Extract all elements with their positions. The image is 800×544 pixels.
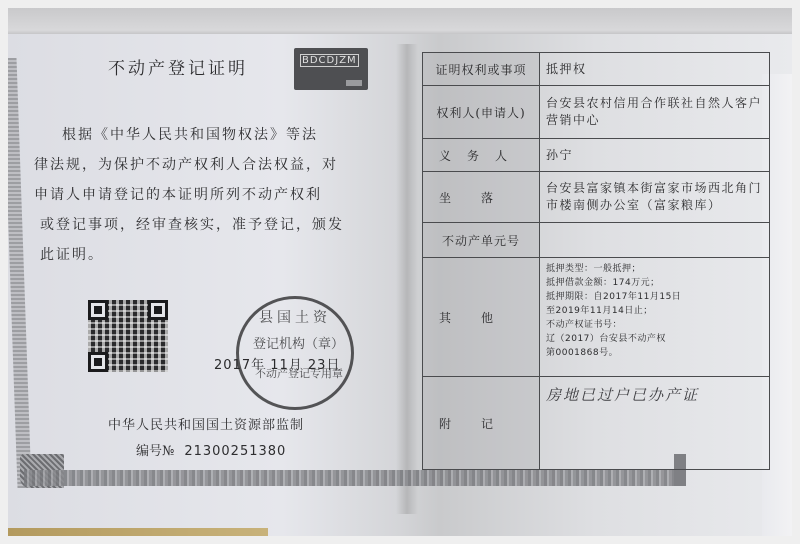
seal-middle-text: 登记机构（章） [253, 333, 344, 352]
code-sub-mark [346, 80, 362, 86]
body-line: 或登记事项，经审查核实，准予登记，颁发 [34, 210, 374, 240]
row-label: 权利人(申请人) [423, 86, 540, 139]
row-value: 抵押权 [540, 53, 770, 86]
other-line: 辽（2017）台安县不动产权 [546, 332, 763, 346]
issue-date: 2017年 11月 23日 [214, 354, 340, 373]
row-label: 证明权利或事项 [423, 53, 540, 86]
row-label: 不动产单元号 [423, 223, 540, 258]
serial-label: 编号№ [136, 444, 174, 459]
body-line: 此证明。 [34, 240, 374, 270]
row-label: 坐落 [423, 172, 540, 223]
decorative-border-bottom [24, 470, 684, 486]
qr-finder-icon [88, 352, 108, 372]
other-line: 抵押期限：自2017年11月15日 [546, 290, 763, 304]
other-line: 不动产权证书号： [546, 318, 763, 332]
table-row: 义务人 孙宁 [423, 139, 770, 172]
registry-table: 证明权利或事项 抵押权 权利人(申请人) 台安县农村信用合作联社自然人客户营销中… [422, 52, 770, 470]
other-line: 抵押借款金额：174万元； [546, 276, 763, 290]
certificate-body-text: 根据《中华人民共和国物权法》等法 律法规，为保护不动产权利人合法权益，对 申请人… [34, 120, 374, 270]
row-value: 孙宁 [540, 139, 770, 172]
page-fold [396, 44, 418, 514]
row-label: 义务人 [423, 139, 540, 172]
row-value-other: 抵押类型：一般抵押； 抵押借款金额：174万元； 抵押期限：自2017年11月1… [540, 258, 770, 377]
serial-number: 21300251380 [184, 444, 286, 459]
handwritten-note: 房地已过户已办产证 [546, 386, 699, 404]
other-line: 第0001868号。 [546, 346, 763, 360]
table-row: 坐落 台安县富家镇本街富家市场西北角门市楼南侧办公室（富家粮库） [423, 172, 770, 223]
row-value-handwritten: 房地已过户已办产证 [540, 377, 770, 470]
seal-top-text: 县国土资 [259, 307, 331, 327]
certificate-code-box: BDCDJZM [294, 48, 368, 90]
table-row: 附记 房地已过户已办产证 [423, 377, 770, 470]
official-seal-stamp: 县国土资 登记机构（章） 不动产登记专用章 [236, 296, 354, 410]
qr-code-icon [88, 300, 168, 372]
table-row: 权利人(申请人) 台安县农村信用合作联社自然人客户营销中心 [423, 86, 770, 139]
row-value [540, 223, 770, 258]
body-line: 申请人申请登记的本证明所列不动产权利 [34, 180, 374, 210]
decorative-border-left [8, 58, 32, 488]
certificate-code: BDCDJZM [300, 54, 359, 67]
document-photo: 不动产登记证明 BDCDJZM 根据《中华人民共和国物权法》等法 律法规，为保护… [8, 8, 792, 536]
row-label: 其他 [423, 258, 540, 377]
body-line: 根据《中华人民共和国物权法》等法 [34, 120, 374, 150]
other-line: 抵押类型：一般抵押； [546, 262, 763, 276]
table-row: 其他 抵押类型：一般抵押； 抵押借款金额：174万元； 抵押期限：自2017年1… [423, 258, 770, 377]
certificate-title: 不动产登记证明 [108, 54, 248, 79]
serial-number-line: 编号№21300251380 [136, 440, 286, 459]
row-value: 台安县农村信用合作联社自然人客户营销中心 [540, 86, 770, 139]
table-surface [8, 528, 268, 536]
body-line: 律法规，为保护不动产权利人合法权益，对 [34, 150, 374, 180]
supervisor-text: 中华人民共和国国土资源部监制 [108, 414, 304, 433]
other-line: 至2019年11月14日止； [546, 304, 763, 318]
row-value: 台安县富家镇本街富家市场西北角门市楼南侧办公室（富家粮库） [540, 172, 770, 223]
qr-finder-icon [88, 300, 108, 320]
table-row: 不动产单元号 [423, 223, 770, 258]
qr-finder-icon [148, 300, 168, 320]
table-row: 证明权利或事项 抵押权 [423, 53, 770, 86]
row-label: 附记 [423, 377, 540, 470]
